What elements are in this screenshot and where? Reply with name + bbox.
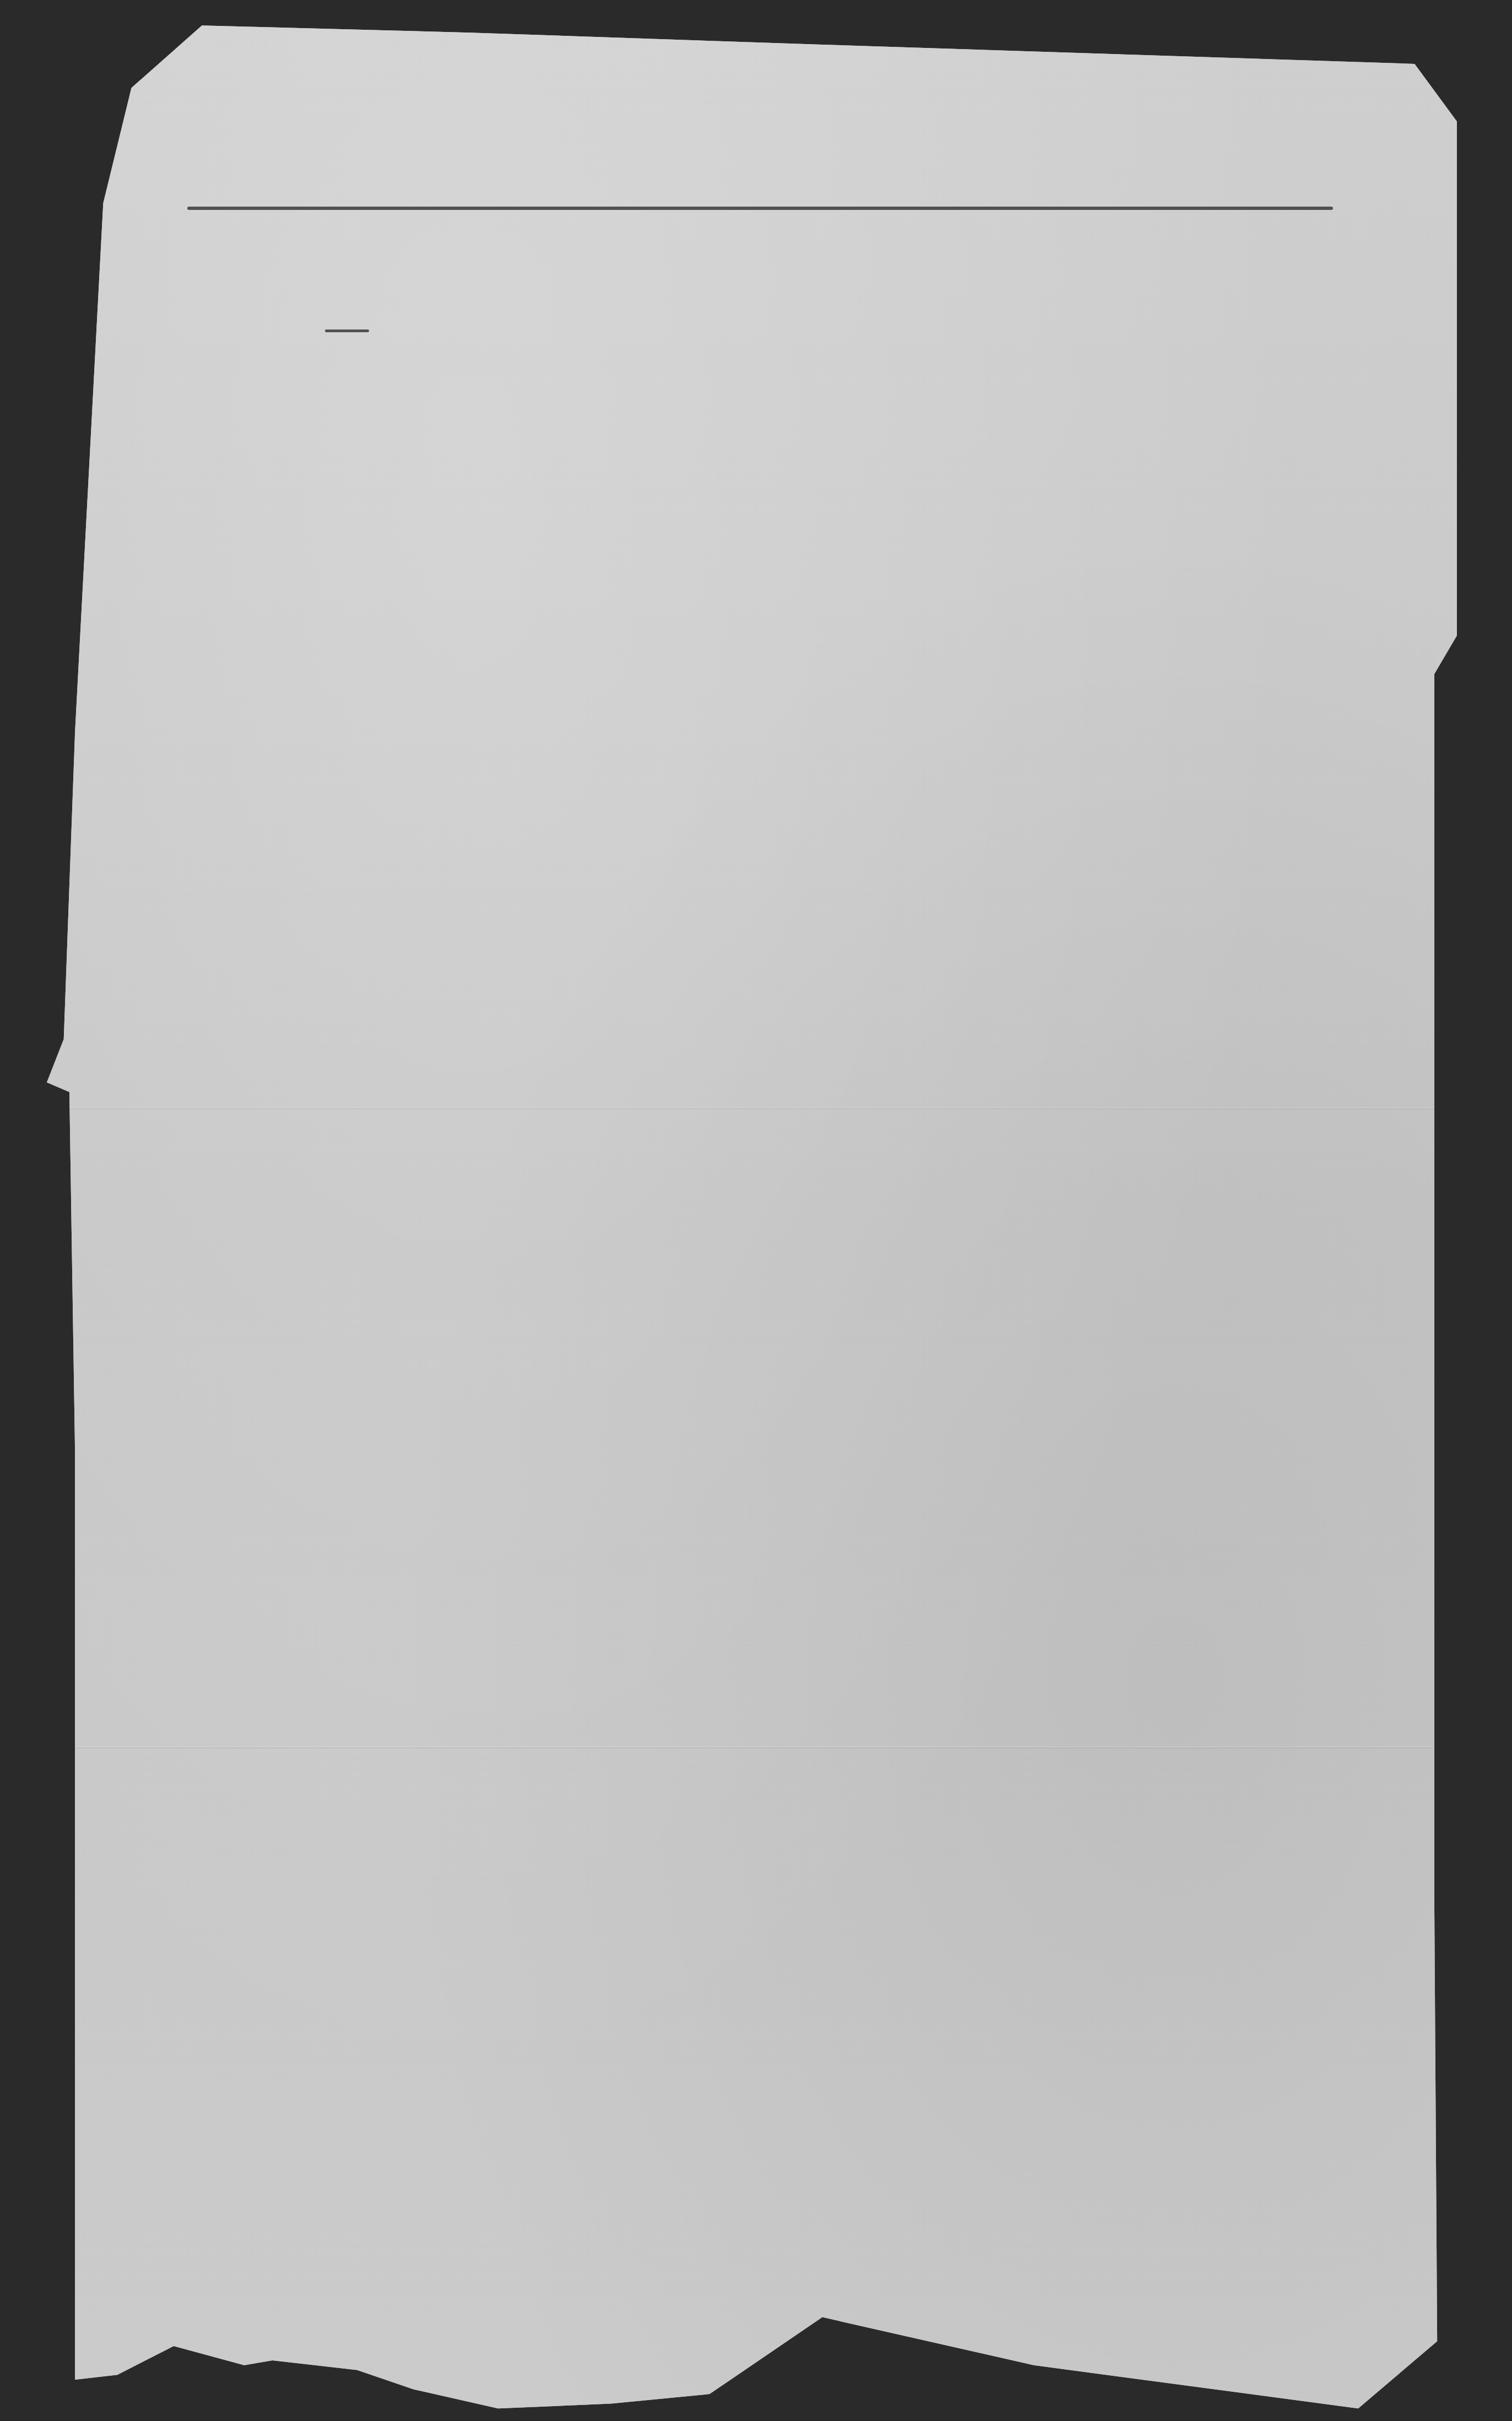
paper-crease (0, 22, 125, 414)
archival-page (47, 11, 1457, 2413)
section-rule (325, 329, 369, 332)
paper-fold-line (47, 1747, 1457, 1748)
paper-fold-line (47, 1107, 1457, 1109)
header-rule (187, 207, 1333, 210)
